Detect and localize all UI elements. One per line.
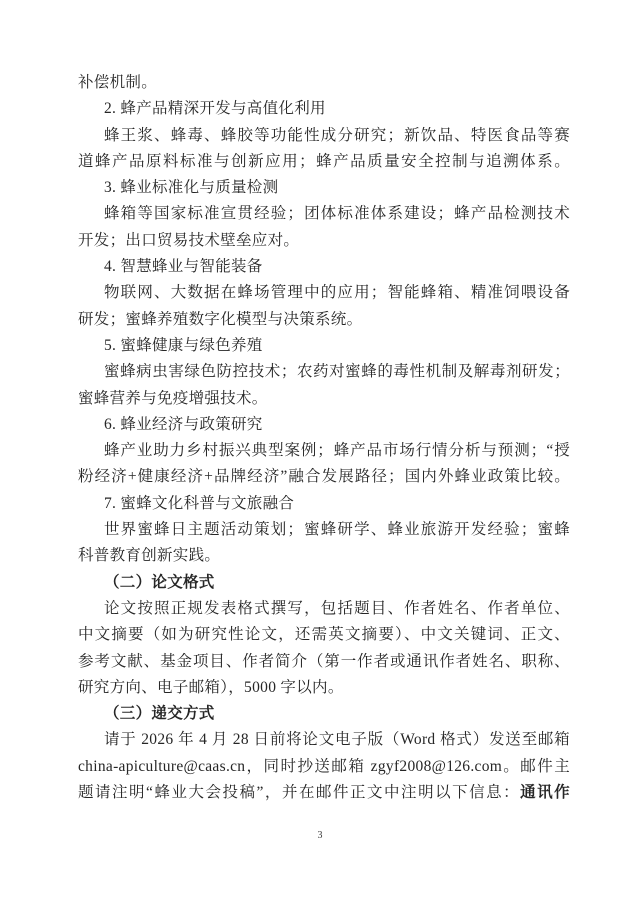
- body-line: 科普教育创新实践。: [78, 543, 570, 569]
- body-line: 蜂王浆、蜂毒、蜂胶等功能性成分研究；新饮品、特医食品等赛: [78, 123, 570, 149]
- topic-heading-2: 2. 蜂产品精深开发与高值化利用: [78, 96, 570, 122]
- topic-heading-4: 4. 智慧蜂业与智能装备: [78, 254, 570, 280]
- page-number: 3: [0, 830, 640, 841]
- body-line: 蜜蜂病虫害绿色防控技术；农药对蜜蜂的毒性机制及解毒剂研发；: [78, 359, 570, 385]
- document-page: 补偿机制。 2. 蜂产品精深开发与高值化利用 蜂王浆、蜂毒、蜂胶等功能性成分研究…: [0, 0, 640, 905]
- body-line: 题请注明“蜂业大会投稿”，并在邮件正文中注明以下信息：通讯作: [78, 780, 570, 806]
- body-line: 开发；出口贸易技术壁垒应对。: [78, 228, 570, 254]
- document-body: 补偿机制。 2. 蜂产品精深开发与高值化利用 蜂王浆、蜂毒、蜂胶等功能性成分研究…: [78, 70, 570, 806]
- body-line: 补偿机制。: [78, 70, 570, 96]
- body-line: 中文摘要（如为研究性论文，还需英文摘要）、中文关键词、正文、: [78, 622, 570, 648]
- topic-heading-5: 5. 蜜蜂健康与绿色养殖: [78, 333, 570, 359]
- body-line: 蜜蜂营养与免疫增强技术。: [78, 386, 570, 412]
- body-line: 物联网、大数据在蜂场管理中的应用；智能蜂箱、精准饲喂设备: [78, 280, 570, 306]
- topic-heading-3: 3. 蜂业标准化与质量检测: [78, 175, 570, 201]
- body-line: 研究方向、电子邮箱），5000 字以内。: [78, 675, 570, 701]
- body-line: 论文按照正规发表格式撰写，包括题目、作者姓名、作者单位、: [78, 596, 570, 622]
- body-line-bold-text: 通讯作: [520, 784, 570, 801]
- topic-heading-6: 6. 蜂业经济与政策研究: [78, 412, 570, 438]
- body-line: 蜂产业助力乡村振兴典型案例；蜂产品市场行情分析与预测；“授: [78, 438, 570, 464]
- body-line: 世界蜜蜂日主题活动策划；蜜蜂研学、蜂业旅游开发经验；蜜蜂: [78, 517, 570, 543]
- section-heading-paper-format: （二）论文格式: [78, 570, 570, 596]
- body-line-text: 题请注明“蜂业大会投稿”，并在邮件正文中注明以下信息：: [78, 784, 520, 801]
- body-line: 粉经济+健康经济+品牌经济”融合发展路径；国内外蜂业政策比较。: [78, 464, 570, 490]
- section-heading-submission-method: （三）递交方式: [78, 701, 570, 727]
- body-line: 道蜂产品原料标准与创新应用；蜂产品质量安全控制与追溯体系。: [78, 149, 570, 175]
- body-line: 参考文献、基金项目、作者简介（第一作者或通讯作者姓名、职称、: [78, 649, 570, 675]
- body-line: 研发；蜜蜂养殖数字化模型与决策系统。: [78, 307, 570, 333]
- body-line: 请于 2026 年 4 月 28 日前将论文电子版（Word 格式）发送至邮箱: [78, 727, 570, 753]
- topic-heading-7: 7. 蜜蜂文化科普与文旅融合: [78, 491, 570, 517]
- body-line-email: china-apiculture@caas.cn，同时抄送邮箱 zgyf2008…: [78, 754, 570, 780]
- body-line: 蜂箱等国家标准宣贯经验；团体标准体系建设；蜂产品检测技术: [78, 201, 570, 227]
